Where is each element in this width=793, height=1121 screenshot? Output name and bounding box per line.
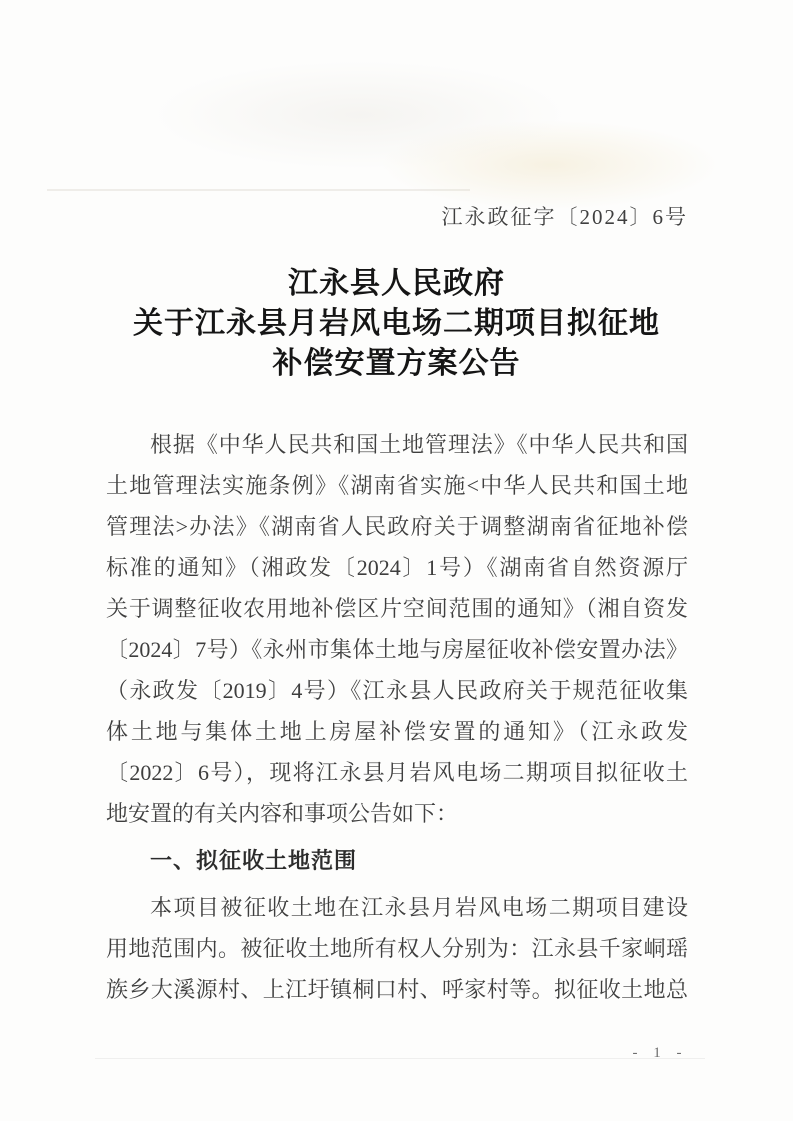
paragraph1-line: 〔2022〕6号），现将江永县月岩风电场二期项目拟征收土 [106,752,688,793]
paragraph1-line: 根据《中华人民共和国土地管理法》《中华人民共和国 [106,424,688,465]
document-reference-number: 江永政征字〔2024〕6号 [442,202,689,232]
paragraph1-line: 〔2024〕7号）《永州市集体土地与房屋征收补偿安置办法》 [106,629,688,670]
document-body: 根据《中华人民共和国土地管理法》《中华人民共和国 土地管理法实施条例》《湖南省实… [106,424,688,1010]
paragraph1-line: 关于调整征收农用地补偿区片空间范围的通知》（湘自资发 [106,588,688,629]
paragraph1-line: 土地管理法实施条例》《湖南省实施<中华人民共和国土地 [106,465,688,506]
title-line-3: 补偿安置方案公告 [0,344,793,384]
scan-artifact-line-bottom [95,1058,705,1059]
paragraph1-line: 管理法>办法》《湖南省人民政府关于调整湖南省征地补偿 [106,506,688,547]
scan-bleedthrough-smudge [150,60,570,170]
title-line-2: 关于江永县月岩风电场二期项目拟征地 [0,304,793,344]
scan-artifact-line-top [47,189,470,191]
paragraph2-line: 族乡大溪源村、上江圩镇桐口村、呼家村等。拟征收土地总 [106,969,688,1010]
paragraph2-line: 用地范围内。被征收土地所有权人分别为：江永县千家峒瑶 [106,928,688,969]
scan-stain-smudge [380,120,720,210]
paragraph2-line: 本项目被征收土地在江永县月岩风电场二期项目建设 [106,887,688,928]
paragraph1-line: （永政发〔2019〕4号）《江永县人民政府关于规范征收集 [106,670,688,711]
paragraph1-line: 体土地与集体土地上房屋补偿安置的通知》（江永政发 [106,711,688,752]
document-title: 江永县人民政府 关于江永县月岩风电场二期项目拟征地 补偿安置方案公告 [0,264,793,384]
title-line-1: 江永县人民政府 [0,264,793,304]
paragraph1-line: 地安置的有关内容和事项公告如下： [106,793,688,834]
paragraph1-line: 标准的通知》（湘政发〔2024〕1号）《湖南省自然资源厅 [106,547,688,588]
page-number: - 1 - [620,1045,700,1062]
scanned-document-page: 江永政征字〔2024〕6号 江永县人民政府 关于江永县月岩风电场二期项目拟征地 … [0,0,793,1121]
section-1-heading: 一、拟征收土地范围 [106,840,688,881]
